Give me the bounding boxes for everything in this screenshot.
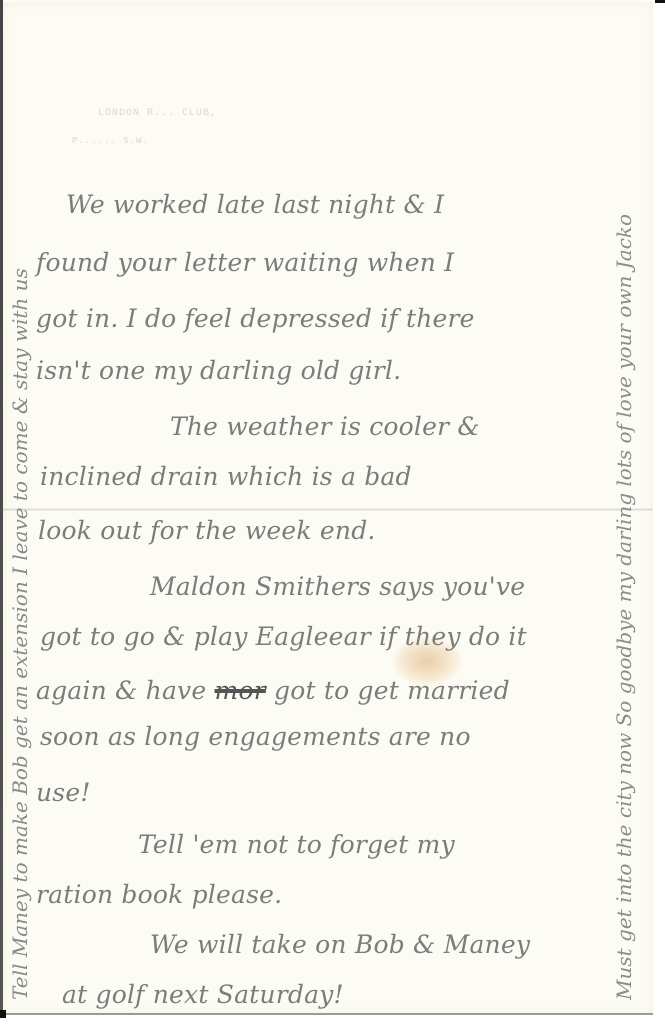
letter-line-8: Maldon Smithers says you've — [150, 572, 525, 601]
letterhead-address: P...... S.W. — [72, 136, 149, 146]
letter-line-7: look out for the week end. — [38, 516, 376, 545]
letter-line-12: use! — [36, 778, 91, 807]
letter-line-2: found your letter waiting when I — [36, 248, 454, 277]
letter-line-16: at golf next Saturday! — [62, 980, 344, 1009]
letter-line-1: We worked late last night & I — [66, 190, 444, 219]
letter-line-3: got in. I do feel depressed if there — [36, 304, 475, 333]
scan-edge-bottom — [0, 1018, 665, 1024]
letter-line-4: isn't one my darling old girl. — [36, 356, 401, 385]
fold-crease — [3, 508, 653, 511]
letter-line-15: We will take on Bob & Maney — [150, 930, 530, 959]
margin-note-left: Tell Maney to make Bob get an extension … — [8, 268, 32, 1000]
struck-out-word: mor — [215, 676, 266, 705]
margin-note-right: Must get into the city now So goodbye my… — [612, 214, 636, 1000]
letter-line-10-end: got to get married — [274, 676, 510, 705]
letter-line-5: The weather is cooler & — [170, 412, 480, 441]
letter-line-14: ration book please. — [36, 880, 282, 909]
letter-line-11: soon as long engagements are no — [40, 722, 471, 751]
letterhead-club-name: LONDON R... CLUB, — [98, 108, 217, 119]
letter-line-6: inclined drain which is a bad — [40, 462, 412, 491]
letter-line-13: Tell 'em not to forget my — [138, 830, 455, 859]
letter-line-9: got to go & play Eagleear if they do it — [40, 622, 527, 651]
scan-corner-mark — [655, 0, 665, 3]
letter-line-10-start: again & have — [36, 676, 206, 705]
letter-line-10: again & have mor got to get married — [36, 676, 510, 705]
scan-edge-left — [0, 0, 3, 1024]
